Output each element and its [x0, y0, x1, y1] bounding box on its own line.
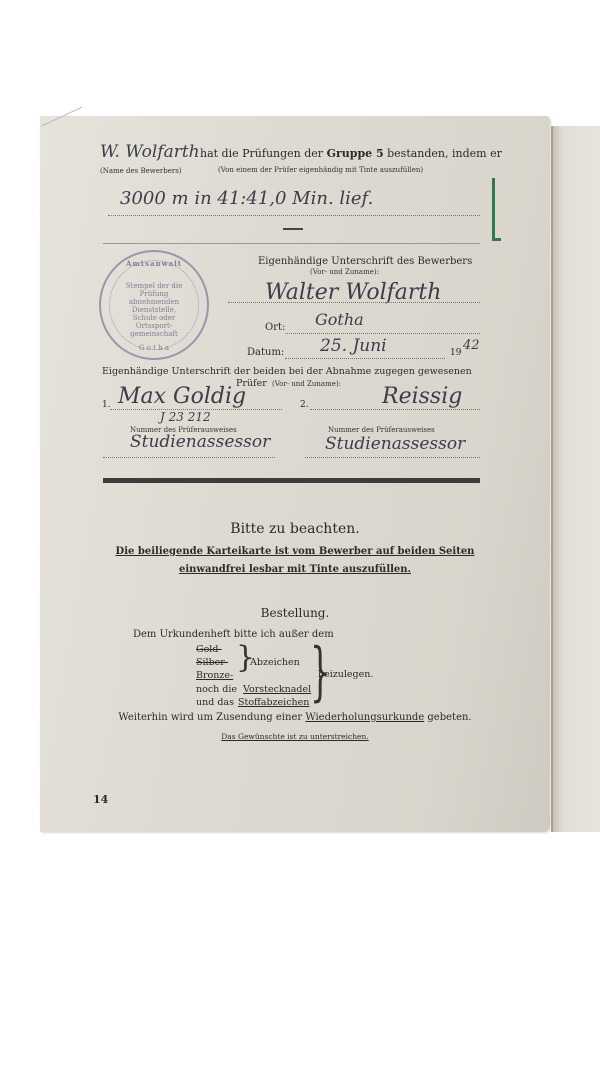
- examiners-label: Eigenhändige Unterschrift der beiden bei…: [102, 366, 472, 377]
- examiner-1-signature: Max Goldig: [118, 384, 246, 409]
- repeat-text-1: Weiterhin wird um Zusendung einer: [118, 712, 302, 723]
- signature-line: [228, 302, 480, 303]
- stamp-center-text: Stempel der die Prüfung abnehmenden Dien…: [123, 282, 185, 338]
- notice-line-2: einwandfrei lesbar mit Tinte auszufüllen…: [40, 564, 550, 575]
- option-silver: Silber-: [196, 657, 228, 668]
- order-footnote: Das Gewünschte ist zu unterstreichen.: [40, 732, 550, 741]
- year-prefix: 19: [450, 348, 461, 358]
- thick-divider-rule: [103, 478, 480, 483]
- header-text-main: hat die Prüfungen der: [200, 147, 323, 160]
- pin-label: Vorstecknadel: [243, 684, 311, 695]
- caption-name: (Name des Bewerbers): [100, 167, 182, 175]
- pin-prefix: noch die: [196, 684, 237, 695]
- examiner-2-id-label: Nummer des Prüferausweises: [328, 426, 435, 434]
- order-title: Bestellung.: [40, 606, 550, 620]
- place-value: Gotha: [315, 310, 364, 329]
- dash-separator: [283, 228, 303, 230]
- repeat-request: Weiterhin wird um Zusendung einer Wieder…: [40, 712, 550, 723]
- page-number: 14: [93, 793, 108, 806]
- year-value: 42: [463, 338, 480, 353]
- stamp-top-text: Amtsanwalt: [101, 260, 207, 268]
- applicant-signature-label: Eigenhändige Unterschrift des Bewerbers: [258, 256, 472, 267]
- document-page: [40, 116, 550, 832]
- examiners-sublabel: (Vor- und Zuname):: [272, 380, 341, 388]
- section-divider: [103, 243, 480, 244]
- examiner-1-id: J 23 212: [160, 410, 211, 424]
- caption-instruction: (Von einem der Prüfer eigenhändig mit Ti…: [218, 166, 423, 174]
- examiner-2-signature: Reissig: [382, 384, 462, 409]
- cloth-label: Stoffabzeichen: [238, 697, 309, 708]
- examiner-2-number: 2.: [300, 400, 309, 410]
- badge-label: Abzeichen: [250, 657, 300, 668]
- examiner-2-line: [310, 409, 480, 410]
- enclose-label: beizulegen.: [318, 669, 373, 680]
- green-check-mark: [492, 178, 501, 241]
- notice-title: Bitte zu beachten.: [40, 521, 550, 537]
- adjacent-page-edge: [551, 126, 600, 832]
- date-line: [285, 358, 445, 359]
- applicant-name-handwritten: W. Wolfarth: [100, 142, 200, 162]
- notice-line-1: Die beiliegende Karteikarte ist vom Bewe…: [40, 546, 550, 557]
- repeat-text-2: gebeten.: [427, 712, 471, 723]
- examiner-1-title: Studienassessor: [130, 432, 270, 452]
- place-line: [285, 333, 480, 334]
- official-stamp: Amtsanwalt Stempel der die Prüfung abneh…: [99, 250, 209, 360]
- option-gold: Gold-: [196, 644, 222, 655]
- option-bronze: Bronze-: [196, 670, 233, 681]
- date-value: 25. Juni: [320, 336, 387, 356]
- date-label: Datum:: [247, 347, 284, 358]
- order-intro: Dem Urkundenheft bitte ich außer dem: [133, 629, 334, 640]
- header-text-end: bestanden, indem er: [387, 147, 502, 160]
- examiner-2-title: Studienassessor: [325, 434, 465, 454]
- stamp-bottom-text: G o t h a: [101, 344, 207, 352]
- result-handwritten: 3000 m in 41:41,0 Min. lief.: [120, 188, 373, 209]
- examiner-1-title-line: [103, 457, 275, 458]
- result-line: [108, 215, 480, 216]
- group-label: Gruppe 5: [327, 147, 384, 160]
- examiner-2-title-line: [305, 457, 480, 458]
- header-text: hat die Prüfungen der Gruppe 5 bestanden…: [200, 147, 502, 160]
- place-label: Ort:: [265, 322, 285, 333]
- cloth-prefix: und das: [196, 697, 234, 708]
- repeat-certificate: Wiederholungsurkunde: [305, 712, 424, 723]
- applicant-signature-sublabel: (Vor- und Zuname):: [310, 268, 379, 276]
